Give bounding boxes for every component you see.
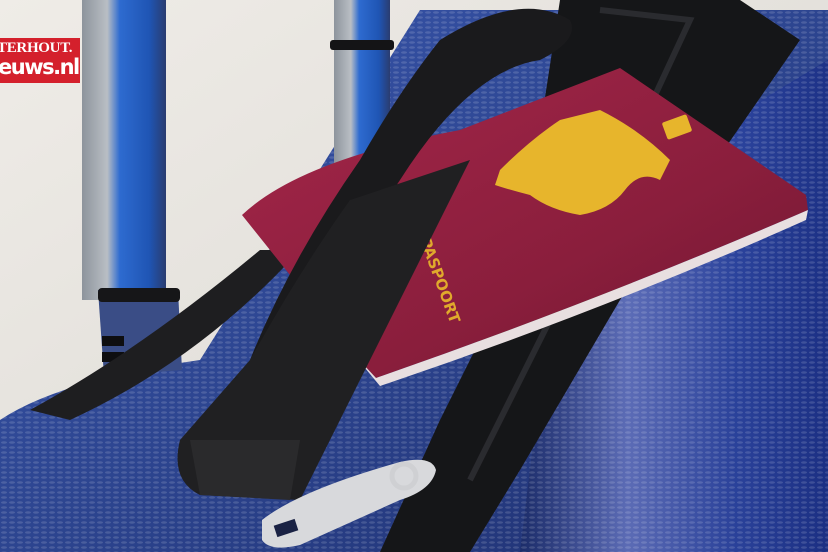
suitcase-passport-photo: PASPOORT — [0, 0, 828, 552]
photo-scene: PASPOORT TERHOUT. euws.nl — [0, 0, 828, 552]
logo-line-2: euws.nl — [0, 55, 79, 79]
site-logo[interactable]: TERHOUT. euws.nl — [0, 38, 80, 83]
